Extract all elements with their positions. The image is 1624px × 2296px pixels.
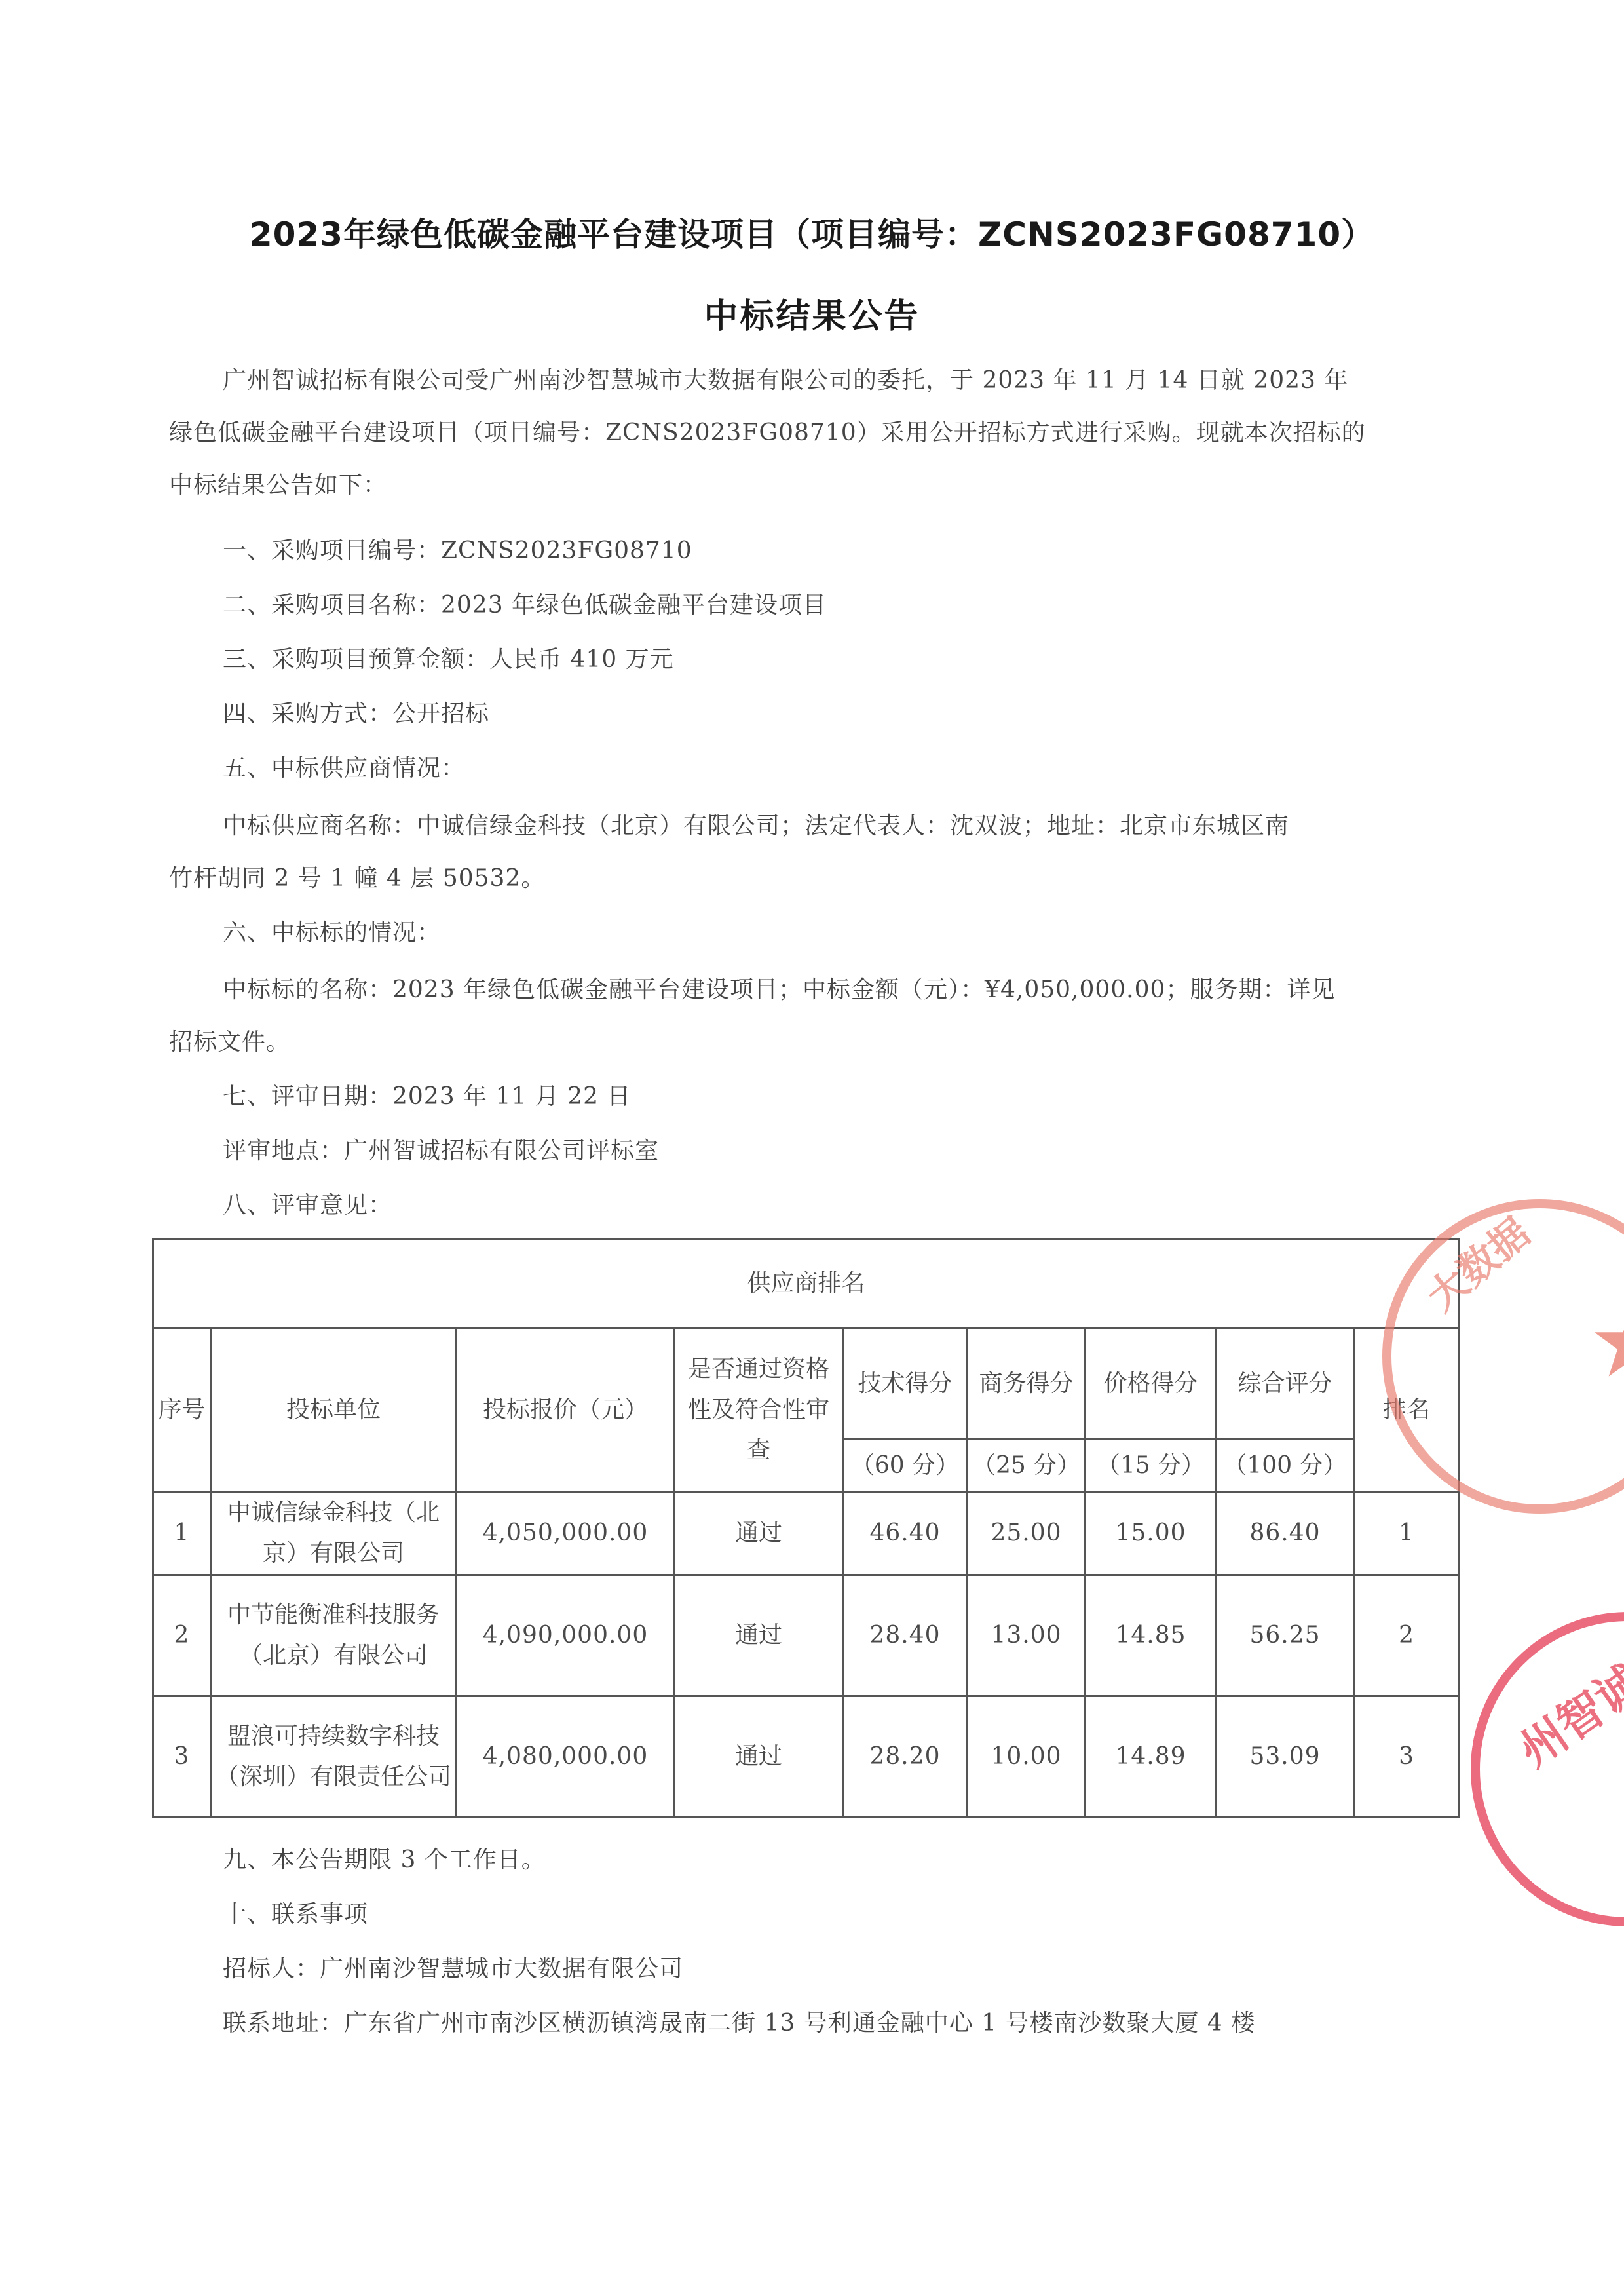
document-subtitle: 中标结果公告	[0, 288, 1624, 337]
cell-price-score: 15.00	[1086, 1492, 1217, 1575]
header-tech-score: 技术得分	[843, 1328, 968, 1440]
section-notice-period: 九、本公告期限 3 个工作日。	[223, 1841, 546, 1875]
cell-bidder: 盟浪可持续数字科技（深圳）有限责任公司	[211, 1696, 457, 1818]
cell-total: 56.25	[1217, 1575, 1354, 1696]
cell-total: 53.09	[1217, 1696, 1354, 1818]
cell-seq: 2	[153, 1575, 211, 1696]
cell-price: 4,090,000.00	[457, 1575, 675, 1696]
star-icon: ★	[1588, 1293, 1624, 1392]
document-title: 2023年绿色低碳金融平台建设项目（项目编号：ZCNS2023FG08710）	[0, 208, 1624, 256]
intro-line-2: 绿色低碳金融平台建设项目（项目编号：ZCNS2023FG08710）采用公开招标…	[169, 414, 1366, 448]
header-total-max: （100 分）	[1217, 1440, 1354, 1492]
header-price-score: 价格得分	[1086, 1328, 1217, 1440]
subject-info-line-1: 中标标的名称：2023 年绿色低碳金融平台建设项目；中标金额（元）：¥4,050…	[223, 971, 1335, 1004]
section-review-opinion: 八、评审意见：	[223, 1187, 392, 1220]
header-price: 投标报价（元）	[457, 1328, 675, 1492]
intro-line-1: 广州智诚招标有限公司受广州南沙智慧城市大数据有限公司的委托，于 2023 年 1…	[223, 362, 1348, 395]
stamp-text: 大数据	[1413, 1203, 1539, 1322]
supplier-info-line-2: 竹杆胡同 2 号 1 幢 4 层 50532。	[169, 860, 545, 893]
review-location: 评审地点：广州智诚招标有限公司评标室	[223, 1132, 659, 1166]
cell-rank: 3	[1354, 1696, 1460, 1818]
section-supplier-heading: 五、中标供应商情况：	[223, 750, 465, 783]
agency-seal-stamp: 州智诚招 ★	[1471, 1612, 1624, 1926]
section-review-date: 七、评审日期：2023 年 11 月 22 日	[223, 1078, 631, 1111]
cell-biz: 10.00	[968, 1696, 1086, 1818]
header-bidder: 投标单位	[211, 1328, 457, 1492]
tenderer-info: 招标人：广州南沙智慧城市大数据有限公司	[223, 1950, 683, 1983]
cell-qualified: 通过	[675, 1492, 843, 1575]
intro-line-3: 中标结果公告如下：	[169, 467, 387, 500]
cell-qualified: 通过	[675, 1575, 843, 1696]
header-biz-max: （25 分）	[968, 1440, 1086, 1492]
section-subject-heading: 六、中标标的情况：	[223, 914, 441, 947]
cell-rank: 1	[1354, 1492, 1460, 1575]
supplier-ranking-table: 供应商排名 序号 投标单位 投标报价（元） 是否通过资格性及符合性审查 技术得分…	[152, 1238, 1460, 1818]
section-project-number: 一、采购项目编号：ZCNS2023FG08710	[223, 532, 692, 565]
header-seq: 序号	[153, 1328, 211, 1492]
cell-tech: 46.40	[843, 1492, 968, 1575]
cell-seq: 3	[153, 1696, 211, 1818]
cell-tech: 28.20	[843, 1696, 968, 1818]
cell-price: 4,080,000.00	[457, 1696, 675, 1818]
cell-price-score: 14.89	[1086, 1696, 1217, 1818]
table-title: 供应商排名	[153, 1240, 1460, 1328]
cell-total: 86.40	[1217, 1492, 1354, 1575]
cell-bidder: 中节能衡准科技服务（北京）有限公司	[211, 1575, 457, 1696]
cell-price-score: 14.85	[1086, 1575, 1217, 1696]
cell-rank: 2	[1354, 1575, 1460, 1696]
section-method: 四、采购方式：公开招标	[223, 695, 489, 729]
header-price-max: （15 分）	[1086, 1440, 1217, 1492]
cell-biz: 13.00	[968, 1575, 1086, 1696]
table-row: 3 盟浪可持续数字科技（深圳）有限责任公司 4,080,000.00 通过 28…	[153, 1696, 1460, 1818]
table-row: 1 中诚信绿金科技（北京）有限公司 4,050,000.00 通过 46.40 …	[153, 1492, 1460, 1575]
header-tech-max: （60 分）	[843, 1440, 968, 1492]
stamp-text: 州智诚招	[1503, 1620, 1624, 1780]
cell-seq: 1	[153, 1492, 211, 1575]
cell-bidder: 中诚信绿金科技（北京）有限公司	[211, 1492, 457, 1575]
header-total-score: 综合评分	[1217, 1328, 1354, 1440]
document-page: 2023年绿色低碳金融平台建设项目（项目编号：ZCNS2023FG08710） …	[0, 0, 1624, 2296]
section-budget: 三、采购项目预算金额：人民币 410 万元	[223, 641, 674, 674]
cell-biz: 25.00	[968, 1492, 1086, 1575]
section-project-name: 二、采购项目名称：2023 年绿色低碳金融平台建设项目	[223, 586, 827, 620]
header-qualified: 是否通过资格性及符合性审查	[675, 1328, 843, 1492]
subject-info-line-2: 招标文件。	[169, 1024, 290, 1057]
cell-tech: 28.40	[843, 1575, 968, 1696]
section-contact-heading: 十、联系事项	[223, 1896, 368, 1929]
cell-price: 4,050,000.00	[457, 1492, 675, 1575]
cell-qualified: 通过	[675, 1696, 843, 1818]
table-row: 2 中节能衡准科技服务（北京）有限公司 4,090,000.00 通过 28.4…	[153, 1575, 1460, 1696]
header-biz-score: 商务得分	[968, 1328, 1086, 1440]
contact-address: 联系地址：广东省广州市南沙区横沥镇湾晟南二街 13 号利通金融中心 1 号楼南沙…	[223, 2004, 1255, 2038]
supplier-info-line-1: 中标供应商名称：中诚信绿金科技（北京）有限公司；法定代表人：沈双波；地址：北京市…	[223, 807, 1289, 841]
